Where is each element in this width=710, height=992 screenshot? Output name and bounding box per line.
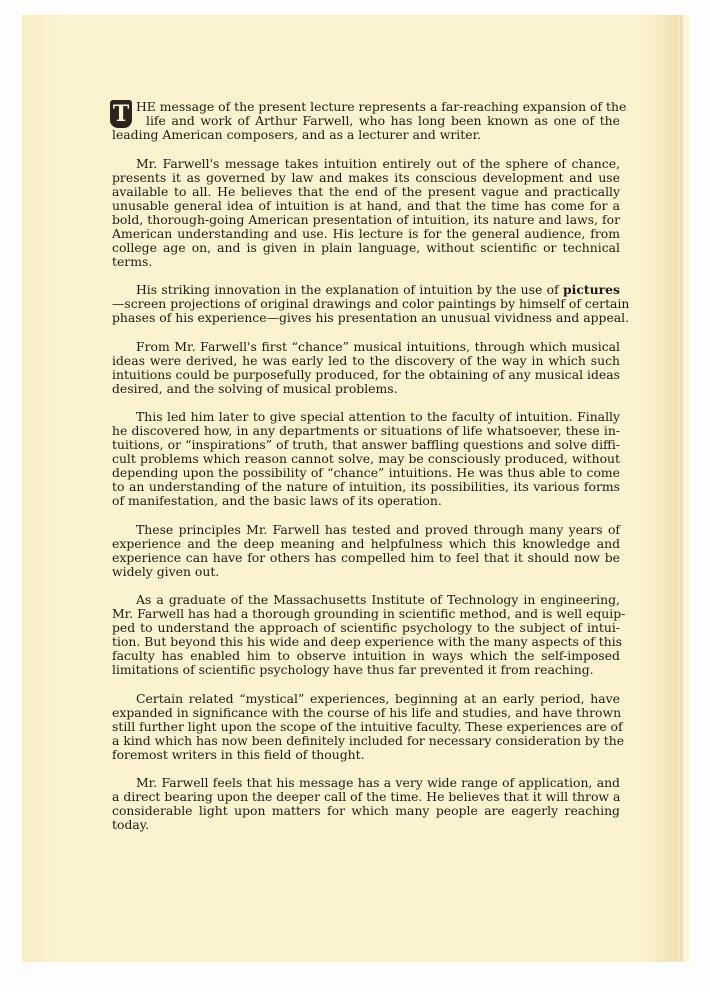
text-line: unusable general idea of intuition is at…	[112, 199, 620, 213]
text-line: expanded in significance with the course…	[112, 706, 620, 720]
text-line: American understanding and use. His lect…	[112, 227, 620, 241]
paragraph-message: Mr. Farwell's message takes intuition en…	[112, 157, 620, 269]
paragraph-mit-graduate: As a graduate of the Massachusetts Insti…	[112, 593, 620, 677]
text-line: a kind which has now been definitely inc…	[112, 734, 620, 748]
text-line: ideas were derived, he was early led to …	[112, 354, 620, 368]
text-line: —screen projections of original drawings…	[112, 297, 620, 311]
text-line: life and work of Arthur Farwell, who has…	[112, 114, 620, 128]
text-line: tion. But beyond this his wide and deep …	[112, 635, 620, 649]
paragraph-application: Mr. Farwell feels that his message has a…	[112, 776, 620, 832]
paragraph-faculty-of-intuition: This led him later to give special atten…	[112, 410, 620, 508]
paragraph-principles: These principles Mr. Farwell has tested …	[112, 523, 620, 579]
text-line: a direct bearing upon the deeper call of…	[112, 790, 620, 804]
text-line: of manifestation, and the basic laws of …	[112, 494, 620, 508]
text-line: still further light upon the scope of th…	[112, 720, 620, 734]
paragraph-pictures: His striking innovation in the explanati…	[112, 283, 620, 325]
text-line: presents it as governed by law and makes…	[112, 171, 620, 185]
text-line: experience can have for others has compe…	[112, 551, 620, 565]
text-line: foremost writers in this field of though…	[112, 748, 620, 762]
text-line: These principles Mr. Farwell has tested …	[112, 523, 620, 537]
text-line: Mr. Farwell's message takes intuition en…	[112, 157, 620, 171]
drop-cap-t: T	[110, 100, 132, 128]
text-line: considerable light upon matters for whic…	[112, 804, 620, 818]
text-line: faculty has enabled him to observe intui…	[112, 649, 620, 663]
paragraph-intro: T HE message of the present lecture repr…	[112, 100, 620, 142]
text-line: experience and the deep meaning and help…	[112, 537, 620, 551]
page-fold	[680, 15, 683, 962]
text-segment: His striking innovation in the explanati…	[136, 282, 559, 297]
text-line: depending upon the possibility of “chanc…	[112, 466, 620, 480]
text-line: bold, thorough-going American presentati…	[112, 213, 620, 227]
text-line: terms.	[112, 255, 620, 269]
text-line: desired, and the solving of musical prob…	[112, 382, 620, 396]
text-line: ped to understand the approach of scient…	[112, 621, 620, 635]
text-line: phases of his experience—gives his prese…	[112, 311, 620, 325]
text-line: college age on, and is given in plain la…	[112, 241, 620, 255]
text-line: he discovered how, in any departments or…	[112, 424, 620, 438]
text-line: cult problems which reason cannot solve,…	[112, 452, 620, 466]
text-line: As a graduate of the Massachusetts Insti…	[112, 593, 620, 607]
emphasis-pictures: pictures	[563, 282, 620, 297]
text-line: widely given out.	[112, 565, 620, 579]
text-line: HE message of the present lecture repres…	[112, 100, 620, 114]
paragraph-mystical-experiences: Certain related “mystical” experiences, …	[112, 692, 620, 762]
text-line: intuitions could be purposefully produce…	[112, 368, 620, 382]
lecture-description: T HE message of the present lecture repr…	[112, 100, 620, 847]
text-line: to an understanding of the nature of int…	[112, 480, 620, 494]
text-line: Mr. Farwell has had a thorough grounding…	[112, 607, 620, 621]
text-line: His striking innovation in the explanati…	[112, 283, 620, 297]
paragraph-musical-intuitions: From Mr. Farwell's first “chance” musica…	[112, 340, 620, 396]
text-line: limitations of scientific psychology hav…	[112, 663, 620, 677]
text-line: leading American composers, and as a lec…	[112, 128, 620, 142]
text-line: From Mr. Farwell's first “chance” musica…	[112, 340, 620, 354]
text-line: available to all. He believes that the e…	[112, 185, 620, 199]
text-line: This led him later to give special atten…	[112, 410, 620, 424]
text-line: today.	[112, 818, 620, 832]
text-line: Mr. Farwell feels that his message has a…	[112, 776, 620, 790]
text-line: tuitions, or “inspirations” of truth, th…	[112, 438, 620, 452]
text-line: Certain related “mystical” experiences, …	[112, 692, 620, 706]
